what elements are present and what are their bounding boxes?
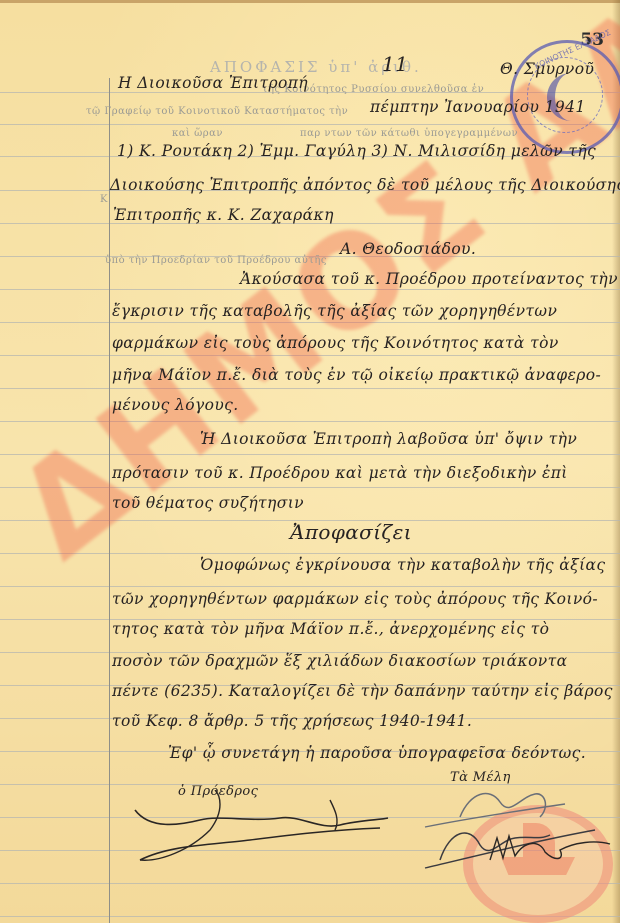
document-page: ΔΗΜΟΣ ΑΛΙΜΟΥ 53 ΑΠΟΦΑΣΙΣ ὑπ' ἀριθ. τῆς Κ… xyxy=(0,0,620,923)
hw-line-1c: πέμπτην Ἰανουαρίου 1941 xyxy=(370,98,586,116)
hw-line-9: μῆνα Μάϊον π.ἔ. διὰ τοὺς ἐν τῷ οἰκείῳ πρ… xyxy=(112,366,601,384)
president-signature xyxy=(130,790,390,870)
blue-community-stamp: ΚΟΙΝΟΤΗΣ ΕΛΛΑΔΟΣ xyxy=(510,40,620,154)
hw-line-19: πέντε (6235). Καταλογίζει δὲ τὴν δαπάνην… xyxy=(112,682,613,700)
hw-line-10: μένους λόγους. xyxy=(112,396,239,414)
member-signature-3 xyxy=(485,830,615,870)
hw-line-20: τοῦ Κεφ. 8 ἄρθρ. 5 τῆς χρήσεως 1940-1941… xyxy=(112,712,472,730)
hw-line-12: πρότασιν τοῦ κ. Προέδρου καὶ μετὰ τὴν δι… xyxy=(112,464,568,482)
hw-line-2: 1) Κ. Ρουτάκη 2) Ἐμμ. Γαγύλη 3) Ν. Μιλισ… xyxy=(117,142,596,160)
hw-line-16: τῶν χορηγηθέντων φαρμάκων εἰς τοὺς ἀπόρο… xyxy=(112,590,598,608)
hw-line-18: ποσὸν τῶν δραχμῶν ἕξ χιλιάδων διακοσίων … xyxy=(112,652,567,670)
hw-line-17: τητος κατὰ τὸν μῆνα Μάϊον π.ἔ., ἀνερχομέ… xyxy=(112,620,549,638)
printed-line-3a: καὶ ὥραν xyxy=(172,128,223,139)
hw-line-7: ἔγκρισιν τῆς καταβολῆς τῆς ἀξίας τῶν χορ… xyxy=(112,302,557,320)
hw-line-13: τοῦ θέματος συζήτησιν xyxy=(112,494,304,512)
hw-decides-heading: Ἀποφασίζει xyxy=(290,520,412,544)
hw-line-15: Ὁμοφώνως ἐγκρίνουσα τὴν καταβολὴν τῆς ἀξ… xyxy=(200,556,606,574)
page-top-edge xyxy=(0,0,620,3)
hw-line-3: Διοικούσης Ἐπιτροπῆς ἀπόντος δὲ τοῦ μέλο… xyxy=(110,176,620,194)
hw-line-6: Ἀκούσασα τοῦ κ. Προέδρου προτείναντος τὴ… xyxy=(240,270,618,288)
hw-line-11: Ἡ Διοικοῦσα Ἐπιτροπὴ λαβοῦσα ὑπ' ὄψιν τὴ… xyxy=(200,430,577,448)
ruled-line xyxy=(0,586,620,587)
printed-line-3b: παρ ντων τῶν κάτωθι ὑπογεγραμμένων xyxy=(300,128,518,139)
hw-line-4: Ἐπιτροπῆς κ. Κ. Ζαχαράκη xyxy=(113,206,334,224)
printed-line-5: ὑπὸ τὴν Προεδρίαν τοῦ Προέδρου αὐτῆς xyxy=(105,255,327,266)
hw-line-5: Α. Θεοδοσιάδου. xyxy=(340,240,476,258)
decision-number: 11 xyxy=(382,52,408,76)
printed-line-2: τῷ Γραφείῳ τοῦ Κοινοτικοῦ Καταστήματος τ… xyxy=(86,106,348,117)
hw-line-1b: Θ. Σμυρνοῦ xyxy=(500,60,594,78)
hw-line-21: Ἐφ' ᾧ συνετάγη ἡ παροῦσα ὑπογραφεῖσα δεό… xyxy=(168,744,586,762)
hw-line-1a: Η Διοικοῦσα Ἐπιτροπή xyxy=(118,74,308,92)
printed-line-4: Κ xyxy=(100,194,108,205)
hw-line-8: φαρμάκων εἰς τοὺς ἀπόρους τῆς Κοινότητος… xyxy=(112,334,559,352)
